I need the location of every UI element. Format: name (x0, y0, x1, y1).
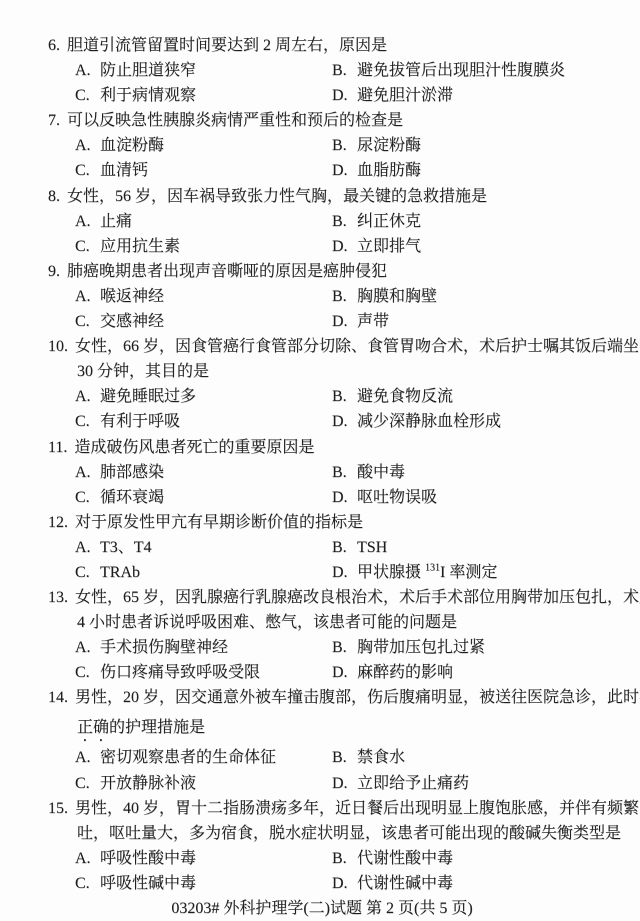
option-text: 手术损伤胸壁神经 (100, 639, 228, 656)
option-label: A. (75, 846, 100, 871)
question-stem-line: 10.女性，66 岁，因食管癌行食管部分切除、食管胃吻合术，术后护士嘱其饭后端坐 (48, 334, 604, 359)
option: A.密切观察患者的生命体征 (75, 745, 332, 770)
option: D.减少深静脉血栓形成 (332, 409, 604, 434)
option-label: C. (75, 158, 100, 183)
question-number: 9. (48, 259, 60, 284)
option: A.止痛 (75, 209, 332, 234)
option: C.血清钙 (75, 158, 332, 183)
option-label: D. (332, 660, 357, 685)
question: 14.男性，20 岁，因交通意外被车撞击腹部，伤后腹痛明显，被送往医院急诊，此时… (48, 685, 604, 795)
option-label: B. (332, 58, 357, 83)
option: A.T3、T4 (75, 535, 332, 560)
option-text: 止痛 (100, 213, 132, 230)
option-label: B. (332, 384, 357, 409)
text-segment: 止痛 (100, 213, 132, 230)
option-text: 麻醉药的影响 (357, 664, 453, 681)
question-stem-text: 可以反映急性胰腺炎病情严重性和预后的检查是 (67, 112, 403, 129)
text-segment: 呼吸性酸中毒 (100, 850, 196, 867)
text-segment: 有利于呼吸 (100, 413, 180, 430)
text-segment: TSH (357, 539, 387, 556)
text-segment: I 率测定 (440, 564, 497, 581)
text-segment: 血脂肪酶 (357, 162, 421, 179)
option: D.立即给予止痛药 (332, 771, 604, 796)
option-text: 血脂肪酶 (357, 162, 421, 179)
text-segment: 循环衰竭 (100, 489, 164, 506)
option-text: 血清钙 (100, 162, 148, 179)
text-segment: 代谢性碱中毒 (357, 875, 453, 892)
option: B.禁食水 (332, 745, 604, 770)
option-text: T3、T4 (100, 539, 152, 556)
option-label: B. (332, 460, 357, 485)
option-label: C. (75, 409, 100, 434)
question-number: 7. (48, 108, 60, 133)
option-row: A.喉返神经B.胸膜和胸壁 (48, 284, 604, 309)
option-text: 胸带加压包扎过紧 (357, 639, 485, 656)
option-label: C. (75, 871, 100, 896)
question: 6.胆道引流管留置时间要达到 2 周左右，原因是A.防止胆道狭窄B.避免拔管后出… (48, 33, 604, 108)
question-stem-text: 女性，66 岁，因食管癌行食管部分切除、食管胃吻合术，术后护士嘱其饭后端坐 (75, 338, 639, 355)
text-segment: 呕吐物误吸 (357, 489, 437, 506)
text-segment: 血淀粉酶 (100, 137, 164, 154)
option-label: A. (75, 384, 100, 409)
option: A.肺部感染 (75, 460, 332, 485)
option-label: B. (332, 209, 357, 234)
option: D.呕吐物误吸 (332, 485, 604, 510)
option-label: C. (75, 485, 100, 510)
text-segment: 密切观察患者的生命体征 (100, 749, 276, 766)
text-segment: 交感神经 (100, 313, 164, 330)
option-row: A.肺部感染B.酸中毒 (48, 460, 604, 485)
option: A.喉返神经 (75, 284, 332, 309)
option-text: 开放静脉补液 (100, 775, 196, 792)
option-label: A. (75, 535, 100, 560)
option-row: C.交感神经D.声带 (48, 309, 604, 334)
option-label: B. (332, 284, 357, 309)
option-text: 声带 (357, 313, 389, 330)
option: D.避免胆汁淤滞 (332, 83, 604, 108)
option-label: A. (75, 209, 100, 234)
question-number: 8. (48, 184, 60, 209)
option-row: A.血淀粉酶B.尿淀粉酶 (48, 133, 604, 158)
option: C.利于病情观察 (75, 83, 332, 108)
exam-paper-page: 6.胆道引流管留置时间要达到 2 周左右，原因是A.防止胆道狭窄B.避免拔管后出… (0, 0, 640, 921)
option: B.胸膜和胸壁 (332, 284, 604, 309)
text-segment: 避免睡眠过多 (100, 388, 196, 405)
question-stem-text: 男性，40 岁，胃十二指肠溃疡多年，近日餐后出现明显上腹饱胀感，并伴有频繁呕 (75, 800, 640, 817)
option-text: 避免胆汁淤滞 (357, 87, 453, 104)
question-stem-text: 胆道引流管留置时间要达到 2 周左右，原因是 (67, 37, 387, 54)
option: B.纠正休克 (332, 209, 604, 234)
text-segment: 应用抗生素 (100, 238, 180, 255)
option-row: C.伤口疼痛导致呼吸受限D.麻醉药的影响 (48, 660, 604, 685)
option-row: C.TRAbD.甲状腺摄 131I 率测定 (48, 560, 604, 585)
option-text: 避免食物反流 (357, 388, 453, 405)
option: A.手术损伤胸壁神经 (75, 635, 332, 660)
option-row: A.止痛B.纠正休克 (48, 209, 604, 234)
question-stem-text: 男性，20 岁，因交通意外被车撞击腹部，伤后腹痛明显，被送往医院急诊，此时不 (75, 689, 640, 706)
option-label: B. (332, 846, 357, 871)
option-label: D. (332, 560, 357, 585)
option-text: 密切观察患者的生命体征 (100, 749, 276, 766)
question-stem-text: 正确的护理措施是 (77, 719, 205, 736)
option-row: C.呼吸性碱中毒D.代谢性碱中毒 (48, 871, 604, 896)
text-segment: 声带 (357, 313, 389, 330)
option-text: 甲状腺摄 131I 率测定 (357, 564, 497, 581)
question-number: 12. (48, 510, 68, 535)
option: C.呼吸性碱中毒 (75, 871, 332, 896)
option-text: 立即排气 (357, 238, 421, 255)
option-label: D. (332, 309, 357, 334)
emphasized-text: 正确 (77, 719, 109, 736)
text-segment: 胸膜和胸壁 (357, 288, 437, 305)
option-label: D. (332, 158, 357, 183)
option-label: C. (75, 83, 100, 108)
question-number: 11. (48, 435, 67, 460)
option: C.交感神经 (75, 309, 332, 334)
option: D.麻醉药的影响 (332, 660, 604, 685)
question-number: 6. (48, 33, 60, 58)
option-label: C. (75, 234, 100, 259)
text-segment: 尿淀粉酶 (357, 137, 421, 154)
option-text: 尿淀粉酶 (357, 137, 421, 154)
option-text: 禁食水 (357, 749, 405, 766)
question: 7.可以反映急性胰腺炎病情严重性和预后的检查是A.血淀粉酶B.尿淀粉酶C.血清钙… (48, 108, 604, 183)
option-text: 伤口疼痛导致呼吸受限 (100, 664, 260, 681)
option-label: A. (75, 58, 100, 83)
option-text: 代谢性酸中毒 (357, 850, 453, 867)
text-segment: 呼吸性碱中毒 (100, 875, 196, 892)
question-stem-text: 造成破伤风患者死亡的重要原因是 (74, 439, 314, 456)
option-text: 酸中毒 (357, 464, 405, 481)
option-text: 呕吐物误吸 (357, 489, 437, 506)
question-stem-line: 7.可以反映急性胰腺炎病情严重性和预后的检查是 (48, 108, 604, 133)
option-text: 有利于呼吸 (100, 413, 180, 430)
text-segment: 禁食水 (357, 749, 405, 766)
option: C.循环衰竭 (75, 485, 332, 510)
option-label: C. (75, 309, 100, 334)
option-text: 循环衰竭 (100, 489, 164, 506)
text-segment: 肺部感染 (100, 464, 164, 481)
question-stem-text: 4 小时患者诉说呼吸困难、憋气，该患者可能的问题是 (77, 614, 457, 631)
option: A.避免睡眠过多 (75, 384, 332, 409)
option-label: A. (75, 284, 100, 309)
text-segment: 开放静脉补液 (100, 775, 196, 792)
option-label: D. (332, 409, 357, 434)
option-text: 喉返神经 (100, 288, 164, 305)
question-stem-line: 8.女性，56 岁，因车祸导致张力性气胸，最关键的急救措施是 (48, 184, 604, 209)
option-text: TSH (357, 539, 387, 556)
option: B.尿淀粉酶 (332, 133, 604, 158)
option-row: A.防止胆道狭窄B.避免拔管后出现胆汁性腹膜炎 (48, 58, 604, 83)
option-text: 呼吸性碱中毒 (100, 875, 196, 892)
text-segment: 立即排气 (357, 238, 421, 255)
option-text: 血淀粉酶 (100, 137, 164, 154)
superscript-isotope: 131 (425, 563, 440, 574)
option-label: D. (332, 485, 357, 510)
question: 8.女性，56 岁，因车祸导致张力性气胸，最关键的急救措施是A.止痛B.纠正休克… (48, 184, 604, 259)
question: 12.对于原发性甲亢有早期诊断价值的指标是A.T3、T4B.TSHC.TRAbD… (48, 510, 604, 585)
text-segment: 喉返神经 (100, 288, 164, 305)
question: 13.女性，65 岁，因乳腺癌行乳腺癌改良根治术，术后手术部位用胸带加压包扎，术… (48, 585, 604, 685)
option-row: C.血清钙D.血脂肪酶 (48, 158, 604, 183)
question-stem-line: 11.造成破伤风患者死亡的重要原因是 (48, 435, 604, 460)
option-text: 呼吸性酸中毒 (100, 850, 196, 867)
text-segment: 纠正休克 (357, 213, 421, 230)
question-stem-line: 9.肺癌晚期患者出现声音嘶哑的原因是癌肿侵犯 (48, 259, 604, 284)
option: D.代谢性碱中毒 (332, 871, 604, 896)
question: 15.男性，40 岁，胃十二指肠溃疡多年，近日餐后出现明显上腹饱胀感，并伴有频繁… (48, 796, 604, 896)
option-text: 立即给予止痛药 (357, 775, 469, 792)
text-segment: 立即给予止痛药 (357, 775, 469, 792)
option-text: 纠正休克 (357, 213, 421, 230)
question-stem-line: 4 小时患者诉说呼吸困难、憋气，该患者可能的问题是 (48, 610, 604, 635)
question: 11.造成破伤风患者死亡的重要原因是A.肺部感染B.酸中毒C.循环衰竭D.呕吐物… (48, 435, 604, 510)
question-stem-text: 女性，56 岁，因车祸导致张力性气胸，最关键的急救措施是 (67, 188, 487, 205)
text-segment: 胸带加压包扎过紧 (357, 639, 485, 656)
option-label: A. (75, 745, 100, 770)
option-row: C.循环衰竭D.呕吐物误吸 (48, 485, 604, 510)
question-stem-text: 女性，65 岁，因乳腺癌行乳腺癌改良根治术，术后手术部位用胸带加压包扎，术后 (75, 589, 640, 606)
question-stem-line: 14.男性，20 岁，因交通意外被车撞击腹部，伤后腹痛明显，被送往医院急诊，此时… (48, 685, 604, 715)
text-segment: 避免食物反流 (357, 388, 453, 405)
question-number: 13. (48, 585, 68, 610)
question-number: 14. (48, 685, 68, 710)
option-row: A.呼吸性酸中毒B.代谢性酸中毒 (48, 846, 604, 871)
option-label: B. (332, 133, 357, 158)
option-label: A. (75, 133, 100, 158)
question-stem-line: 30 分钟，其目的是 (48, 359, 604, 384)
option: B.避免拔管后出现胆汁性腹膜炎 (332, 58, 604, 83)
question-stem-text: 肺癌晚期患者出现声音嘶哑的原因是癌肿侵犯 (67, 263, 387, 280)
option-text: 避免拔管后出现胆汁性腹膜炎 (357, 62, 565, 79)
option-text: TRAb (100, 564, 140, 581)
page-footer: 03203# 外科护理学(二)试题 第 2 页(共 5 页) (40, 896, 604, 921)
question-stem-text: 吐，呕吐量大，多为宿食，脱水症状明显，该患者可能出现的酸碱失衡类型是 (77, 825, 621, 842)
text-segment: 手术损伤胸壁神经 (100, 639, 228, 656)
option: B.胸带加压包扎过紧 (332, 635, 604, 660)
text-segment: 防止胆道狭窄 (100, 62, 196, 79)
option-label: C. (75, 660, 100, 685)
option: C.伤口疼痛导致呼吸受限 (75, 660, 332, 685)
option-row: A.T3、T4B.TSH (48, 535, 604, 560)
option-row: C.利于病情观察D.避免胆汁淤滞 (48, 83, 604, 108)
option: D.甲状腺摄 131I 率测定 (332, 560, 604, 585)
option: B.避免食物反流 (332, 384, 604, 409)
option-label: D. (332, 234, 357, 259)
option-label: B. (332, 535, 357, 560)
question-number: 10. (48, 334, 68, 359)
option-text: 胸膜和胸壁 (357, 288, 437, 305)
text-segment: 利于病情观察 (100, 87, 196, 104)
question-number: 15. (48, 796, 68, 821)
text-segment: 男性，20 岁，因交通意外被车撞击腹部，伤后腹痛明显，被送往医院急诊，此时 (75, 689, 639, 706)
text-segment: 避免胆汁淤滞 (357, 87, 453, 104)
question-stem-line: 15.男性，40 岁，胃十二指肠溃疡多年，近日餐后出现明显上腹饱胀感，并伴有频繁… (48, 796, 604, 821)
option-row: C.应用抗生素D.立即排气 (48, 234, 604, 259)
option-label: A. (75, 460, 100, 485)
option: C.TRAb (75, 560, 332, 585)
option: A.血淀粉酶 (75, 133, 332, 158)
question: 10.女性，66 岁，因食管癌行食管部分切除、食管胃吻合术，术后护士嘱其饭后端坐… (48, 334, 604, 434)
text-segment: 减少深静脉血栓形成 (357, 413, 501, 430)
option-label: A. (75, 635, 100, 660)
option: D.声带 (332, 309, 604, 334)
option: C.应用抗生素 (75, 234, 332, 259)
option-row: C.开放静脉补液D.立即给予止痛药 (48, 771, 604, 796)
option: A.呼吸性酸中毒 (75, 846, 332, 871)
question-stem-line: 12.对于原发性甲亢有早期诊断价值的指标是 (48, 510, 604, 535)
text-segment: 血清钙 (100, 162, 148, 179)
option-text: 代谢性碱中毒 (357, 875, 453, 892)
question-stem-text: 对于原发性甲亢有早期诊断价值的指标是 (75, 514, 363, 531)
option-text: 利于病情观察 (100, 87, 196, 104)
option-label: D. (332, 871, 357, 896)
option: C.有利于呼吸 (75, 409, 332, 434)
option-label: D. (332, 771, 357, 796)
question-stem-line: 6.胆道引流管留置时间要达到 2 周左右，原因是 (48, 33, 604, 58)
text-segment: 酸中毒 (357, 464, 405, 481)
option-row: A.密切观察患者的生命体征B.禁食水 (48, 745, 604, 770)
option-row: A.避免睡眠过多B.避免食物反流 (48, 384, 604, 409)
text-segment: 伤口疼痛导致呼吸受限 (100, 664, 260, 681)
text-segment: TRAb (100, 564, 140, 581)
option-label: B. (332, 745, 357, 770)
text-segment: 代谢性酸中毒 (357, 850, 453, 867)
option: B.TSH (332, 535, 604, 560)
option-text: 应用抗生素 (100, 238, 180, 255)
option-text: 防止胆道狭窄 (100, 62, 196, 79)
option-row: A.手术损伤胸壁神经B.胸带加压包扎过紧 (48, 635, 604, 660)
option: C.开放静脉补液 (75, 771, 332, 796)
option-label: C. (75, 771, 100, 796)
option-label: C. (75, 560, 100, 585)
text-segment: T3、T4 (100, 539, 152, 556)
question: 9.肺癌晚期患者出现声音嘶哑的原因是癌肿侵犯A.喉返神经B.胸膜和胸壁C.交感神… (48, 259, 604, 334)
option: D.血脂肪酶 (332, 158, 604, 183)
option: A.防止胆道狭窄 (75, 58, 332, 83)
option: B.酸中毒 (332, 460, 604, 485)
text-segment: 麻醉药的影响 (357, 664, 453, 681)
text-segment: 的护理措施是 (109, 719, 205, 736)
option-text: 交感神经 (100, 313, 164, 330)
question-stem-line: 13.女性，65 岁，因乳腺癌行乳腺癌改良根治术，术后手术部位用胸带加压包扎，术… (48, 585, 604, 610)
option-label: D. (332, 83, 357, 108)
option: B.代谢性酸中毒 (332, 846, 604, 871)
text-segment: 甲状腺摄 (357, 564, 425, 581)
question-stem-line: 吐，呕吐量大，多为宿食，脱水症状明显，该患者可能出现的酸碱失衡类型是 (48, 821, 604, 846)
text-segment: 避免拔管后出现胆汁性腹膜炎 (357, 62, 565, 79)
option-text: 避免睡眠过多 (100, 388, 196, 405)
question-stem-line: 正确的护理措施是 (48, 715, 604, 745)
question-stem-text: 30 分钟，其目的是 (77, 363, 209, 380)
option-row: C.有利于呼吸D.减少深静脉血栓形成 (48, 409, 604, 434)
option: D.立即排气 (332, 234, 604, 259)
question-list: 6.胆道引流管留置时间要达到 2 周左右，原因是A.防止胆道狭窄B.避免拔管后出… (48, 33, 604, 896)
option-label: B. (332, 635, 357, 660)
option-text: 肺部感染 (100, 464, 164, 481)
option-text: 减少深静脉血栓形成 (357, 413, 501, 430)
